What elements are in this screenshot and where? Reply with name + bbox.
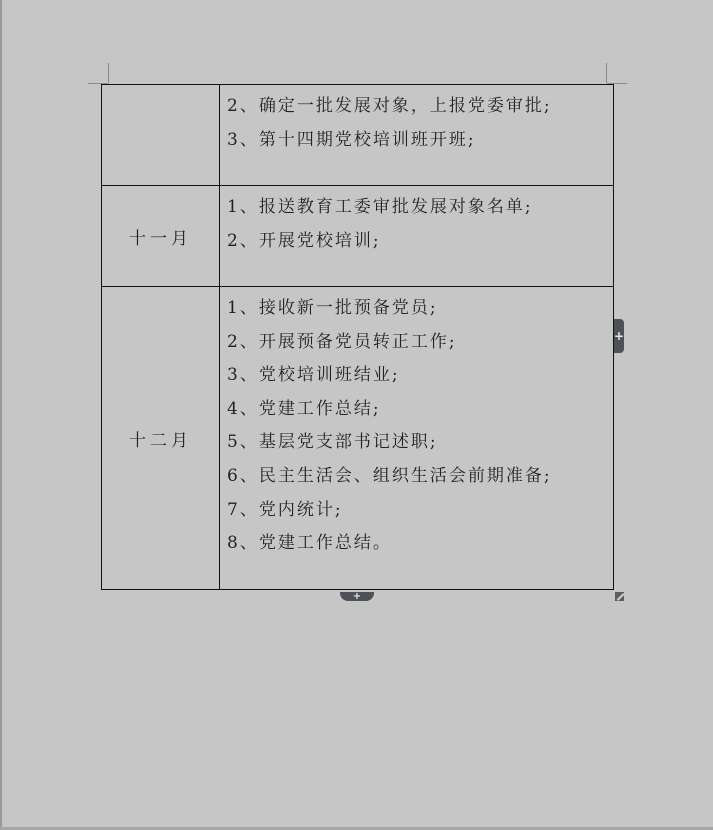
list-item: 2、开展党校培训; <box>227 228 613 262</box>
list-item: 8、党建工作总结。 <box>227 530 613 564</box>
crop-mark-top-left-vertical <box>108 63 109 83</box>
month-cell[interactable]: 十二月 <box>102 287 220 590</box>
items-cell[interactable]: 1、报送教育工委审批发展对象名单; 2、开展党校培训; <box>220 186 614 287</box>
add-row-button[interactable]: + <box>340 592 374 601</box>
items-cell[interactable]: 2、确定一批发展对象，上报党委审批; 3、第十四期党校培训班开班; <box>220 85 614 186</box>
plus-icon: + <box>353 591 361 602</box>
list-item: 2、确定一批发展对象，上报党委审批; <box>227 93 613 127</box>
list-item: 3、党校培训班结业; <box>227 362 613 396</box>
table-resize-handle-icon[interactable] <box>615 592 624 601</box>
table-row: 2、确定一批发展对象，上报党委审批; 3、第十四期党校培训班开班; <box>102 85 614 186</box>
page-edge-left <box>0 0 2 830</box>
month-cell[interactable]: 十一月 <box>102 186 220 287</box>
month-cell[interactable] <box>102 85 220 186</box>
list-item: 5、基层党支部书记述职; <box>227 429 613 463</box>
list-item: 6、民主生活会、组织生活会前期准备; <box>227 463 613 497</box>
crop-mark-top-right-vertical <box>606 63 607 83</box>
table-row: 十二月 1、接收新一批预备党员; 2、开展预备党员转正工作; 3、党校培训班结业… <box>102 287 614 590</box>
items-cell[interactable]: 1、接收新一批预备党员; 2、开展预备党员转正工作; 3、党校培训班结业; 4、… <box>220 287 614 590</box>
list-item: 4、党建工作总结; <box>227 396 613 430</box>
table-row: 十一月 1、报送教育工委审批发展对象名单; 2、开展党校培训; <box>102 186 614 287</box>
list-item: 7、党内统计; <box>227 497 613 531</box>
list-item: 3、第十四期党校培训班开班; <box>227 127 613 161</box>
plan-table[interactable]: 2、确定一批发展对象，上报党委审批; 3、第十四期党校培训班开班; 十一月 1、… <box>101 84 614 590</box>
plus-icon: + <box>614 329 624 343</box>
list-item: 1、接收新一批预备党员; <box>227 295 613 329</box>
add-column-button[interactable]: + <box>614 319 624 353</box>
list-item: 1、报送教育工委审批发展对象名单; <box>227 194 613 228</box>
list-item: 2、开展预备党员转正工作; <box>227 329 613 363</box>
